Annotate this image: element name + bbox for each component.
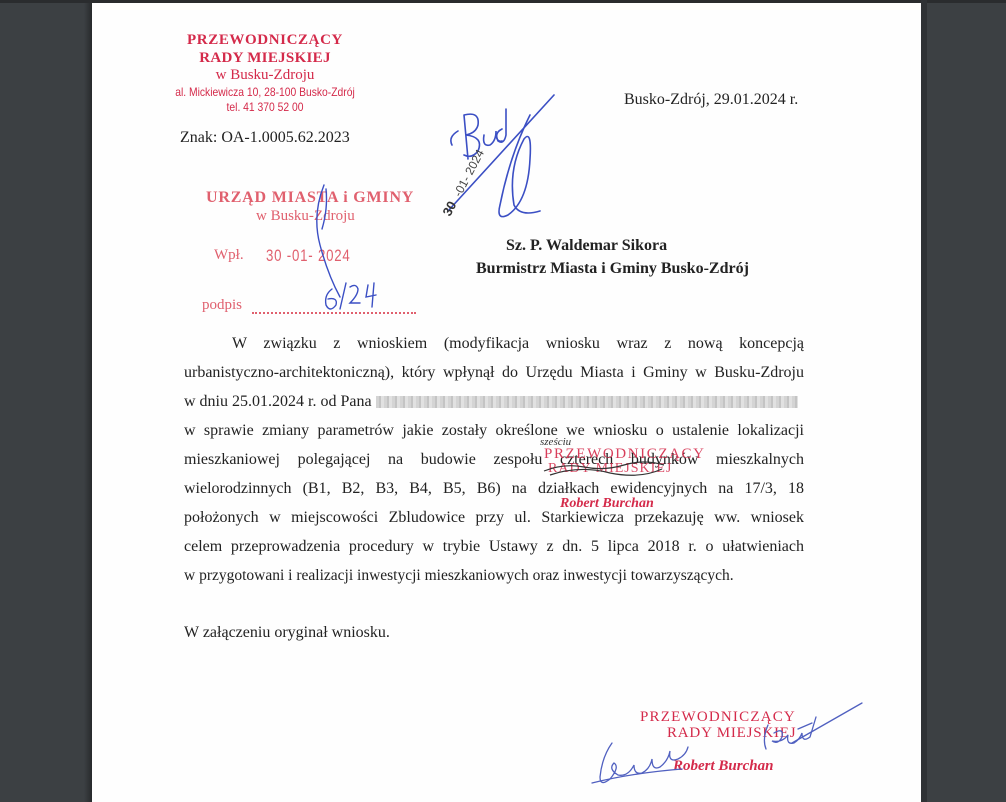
body-line: W związku z wnioskiem (modyfikacja wnios… (184, 329, 804, 358)
document-viewer: PRZEWODNICZĄCY RADY MIEJSKIEJ w Busku-Zd… (0, 0, 1006, 802)
svg-text:-01- 2024: -01- 2024 (451, 147, 488, 199)
viewer-scrollbar-track[interactable] (921, 0, 927, 802)
registry-office-city: w Busku-Zdroju (256, 208, 355, 225)
body-line: w dniu 25.01.2024 r. od Pana (184, 387, 804, 416)
letterhead-title: PRZEWODNICZĄCY (150, 31, 380, 50)
body-line: w przygotowani i realizacji inwestycji m… (184, 561, 804, 590)
letterhead-phone: tel. 41 370 52 00 (166, 100, 364, 114)
body-line: wielorodzinnych (B1, B2, B3, B4, B5, B6)… (184, 474, 804, 503)
svg-text:30: 30 (439, 199, 459, 219)
received-date-stamp-icon: 30 -01- 2024 (439, 146, 487, 218)
recipient-name: Sz. P. Waldemar Sikora (506, 237, 667, 255)
place-and-date: Busko-Zdrój, 29.01.2024 r. (624, 91, 798, 109)
signature-dotted-line (252, 312, 416, 314)
received-date: 30 -01- 2024 (266, 246, 351, 266)
body-line: celem przeprowadzenia procedury w trybie… (184, 532, 804, 561)
recipient-title: Burmistrz Miasta i Gminy Busko-Zdrój (476, 260, 749, 278)
correction-stamp-name: Robert Burchan (560, 496, 654, 512)
correction-stamp-council: RADY MIEJSKIEJ (548, 461, 672, 477)
attachment-note: W załączeniu oryginał wniosku. (184, 624, 390, 642)
letterhead-council: RADY MIEJSKIEJ (150, 50, 380, 67)
letterhead-city: w Busku-Zdroju (150, 67, 380, 84)
page-shadow (84, 3, 92, 802)
body-line: położonych w miejscowości Zbludowice prz… (184, 503, 804, 532)
body-line-text: w dniu 25.01.2024 r. od Pana (184, 393, 372, 410)
reference-number: Znak: OA-1.0005.62.2023 (180, 129, 350, 147)
handwritten-correction: sześciu (540, 436, 571, 448)
document-page: PRZEWODNICZĄCY RADY MIEJSKIEJ w Busku-Zd… (92, 3, 921, 802)
letterhead-address: al. Mickiewicza 10, 28-100 Busko-Zdrój (166, 84, 364, 100)
signature-stamp-name: Robert Burchan (673, 758, 773, 775)
signature-label: podpis (202, 297, 242, 314)
signature-stamp-council: RADY MIEJSKIEJ (667, 725, 796, 742)
handwritten-initials-icon (448, 95, 554, 217)
redacted-name (376, 396, 798, 408)
letterhead-stamp: PRZEWODNICZĄCY RADY MIEJSKIEJ w Busku-Zd… (150, 31, 380, 114)
received-label: Wpł. (214, 247, 244, 264)
signature-stamp-title: PRZEWODNICZĄCY (640, 709, 796, 726)
body-line: w sprawie zmiany parametrów jakie został… (184, 416, 804, 445)
registry-office: URZĄD MIASTA i GMINY (206, 189, 414, 207)
body-line: urbanistyczno-architektoniczną), który w… (184, 358, 804, 387)
body-line: mieszkaniowej polegającej na budowie zes… (184, 445, 804, 474)
